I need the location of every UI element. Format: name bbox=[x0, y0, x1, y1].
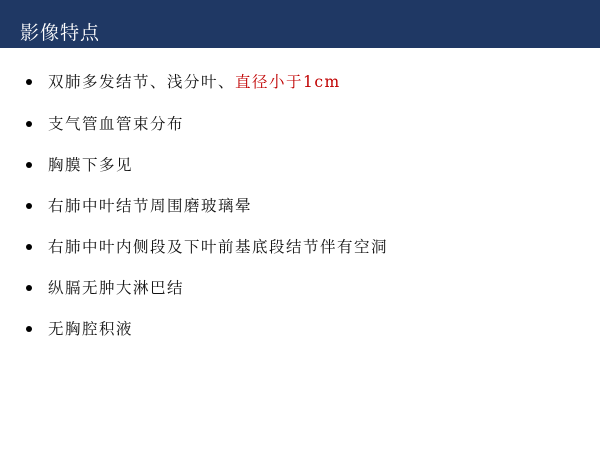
bullet-text: 支气管血管束分布 bbox=[48, 112, 184, 136]
bullet-dot-icon bbox=[26, 121, 32, 127]
bullet-text: 右肺中叶结节周围磨玻璃晕 bbox=[48, 194, 252, 218]
bullet-item: 支气管血管束分布 bbox=[0, 112, 600, 136]
slide-header: 影像特点 bbox=[0, 0, 600, 48]
bullet-text: 纵膈无肿大淋巴结 bbox=[48, 276, 184, 300]
bullet-dot-icon bbox=[26, 326, 32, 332]
bullet-text: 无胸腔积液 bbox=[48, 317, 133, 341]
bullet-highlight-text: 直径小于1cm bbox=[235, 73, 341, 91]
bullet-dot-icon bbox=[26, 79, 32, 85]
bullet-text: 双肺多发结节、浅分叶、 bbox=[48, 73, 235, 91]
bullet-dot-icon bbox=[26, 162, 32, 168]
bullet-item: 右肺中叶结节周围磨玻璃晕 bbox=[0, 194, 600, 218]
bullet-item: 胸膜下多见 bbox=[0, 153, 600, 177]
bullet-dot-icon bbox=[26, 285, 32, 291]
bullet-item: 纵膈无肿大淋巴结 bbox=[0, 276, 600, 300]
bullet-item: 右肺中叶内侧段及下叶前基底段结节伴有空洞 bbox=[0, 235, 600, 259]
bullet-item: 无胸腔积液 bbox=[0, 317, 600, 341]
slide-title: 影像特点 bbox=[20, 21, 100, 45]
bullet-text: 右肺中叶内侧段及下叶前基底段结节伴有空洞 bbox=[48, 235, 388, 259]
bullet-dot-icon bbox=[26, 203, 32, 209]
bullet-dot-icon bbox=[26, 244, 32, 250]
bullet-item: 双肺多发结节、浅分叶、直径小于1cm bbox=[0, 70, 600, 94]
bullet-text: 胸膜下多见 bbox=[48, 153, 133, 177]
